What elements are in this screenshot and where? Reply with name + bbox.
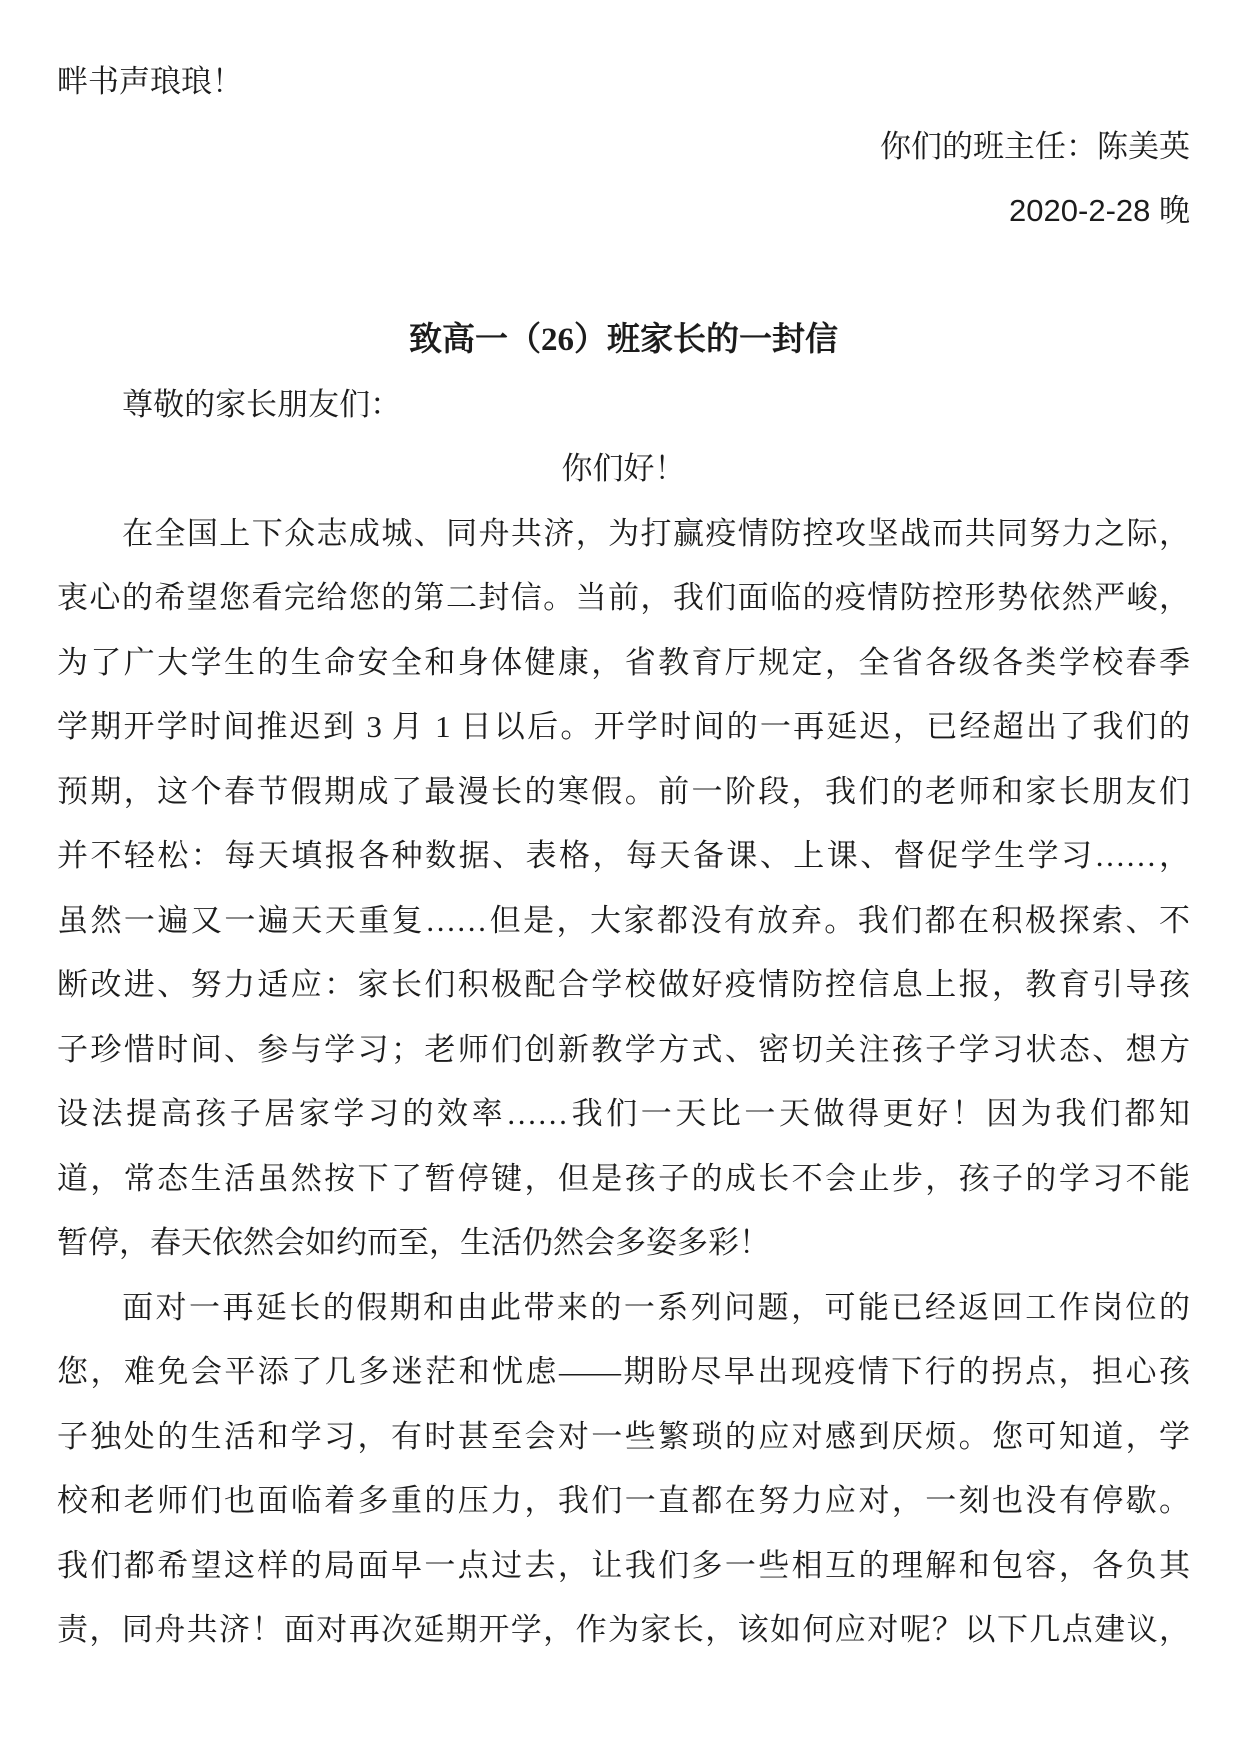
paragraph-line: 虽然一遍又一遍天天重复……但是，大家都没有放弃。我们都在积极探索、不 (57, 889, 1190, 954)
previous-page-text-fragment: 畔书声琅琅！ (57, 50, 1190, 115)
paragraph-line: 道，常态生活虽然按下了暂停键，但是孩子的成长不会止步，孩子的学习不能 (57, 1147, 1190, 1212)
salutation: 尊敬的家长朋友们： (57, 373, 1190, 438)
paragraph-line: 面对一再延长的假期和由此带来的一系列问题，可能已经返回工作岗位的 (57, 1276, 1190, 1341)
paragraph-line: 在全国上下众志成城、同舟共济，为打赢疫情防控攻坚战而共同努力之际， (57, 502, 1190, 567)
paragraph-line: 为了广大学生的生命安全和身体健康，省教育厅规定，全省各级各类学校春季 (57, 631, 1190, 696)
greeting: 你们好！ (57, 437, 1190, 502)
signature: 你们的班主任：陈美英 (57, 115, 1190, 180)
date: 2020-2-28 晚 (57, 179, 1190, 244)
blank-line (57, 244, 1190, 309)
paragraph-line: 预期，这个春节假期成了最漫长的寒假。前一阶段，我们的老师和家长朋友们 (57, 760, 1190, 825)
paragraph-line: 我们都希望这样的局面早一点过去，让我们多一些相互的理解和包容，各负其 (57, 1534, 1190, 1599)
paragraph-line: 您，难免会平添了几多迷茫和忧虑——期盼尽早出现疫情下行的拐点，担心孩 (57, 1340, 1190, 1405)
paragraph-line: 断改进、努力适应：家长们积极配合学校做好疫情防控信息上报，教育引导孩 (57, 953, 1190, 1018)
paragraph-line: 子独处的生活和学习，有时甚至会对一些繁琐的应对感到厌烦。您可知道，学 (57, 1405, 1190, 1470)
paragraph-line: 子珍惜时间、参与学习；老师们创新教学方式、密切关注孩子学习状态、想方 (57, 1018, 1190, 1083)
document-page: 畔书声琅琅！ 你们的班主任：陈美英 2020-2-28 晚 致高一（26）班家长… (0, 0, 1240, 1753)
paragraph-line: 校和老师们也面临着多重的压力，我们一直都在努力应对，一刻也没有停歇。 (57, 1469, 1190, 1534)
paragraph-line: 学期开学时间推迟到 3 月 1 日以后。开学时间的一再延迟，已经超出了我们的 (57, 695, 1190, 760)
paragraph-1: 在全国上下众志成城、同舟共济，为打赢疫情防控攻坚战而共同努力之际， 衷心的希望您… (57, 502, 1190, 1276)
paragraph-2: 面对一再延长的假期和由此带来的一系列问题，可能已经返回工作岗位的 您，难免会平添… (57, 1276, 1190, 1663)
paragraph-line: 责，同舟共济！面对再次延期开学，作为家长，该如何应对呢？以下几点建议， (57, 1598, 1190, 1663)
paragraph-line: 衷心的希望您看完给您的第二封信。当前，我们面临的疫情防控形势依然严峻， (57, 566, 1190, 631)
paragraph-line: 并不轻松：每天填报各种数据、表格，每天备课、上课、督促学生学习……， (57, 824, 1190, 889)
paragraph-line: 设法提高孩子居家学习的效率……我们一天比一天做得更好！因为我们都知 (57, 1082, 1190, 1147)
letter-title: 致高一（26）班家长的一封信 (57, 308, 1190, 373)
paragraph-line: 暂停，春天依然会如约而至，生活仍然会多姿多彩！ (57, 1211, 1190, 1276)
